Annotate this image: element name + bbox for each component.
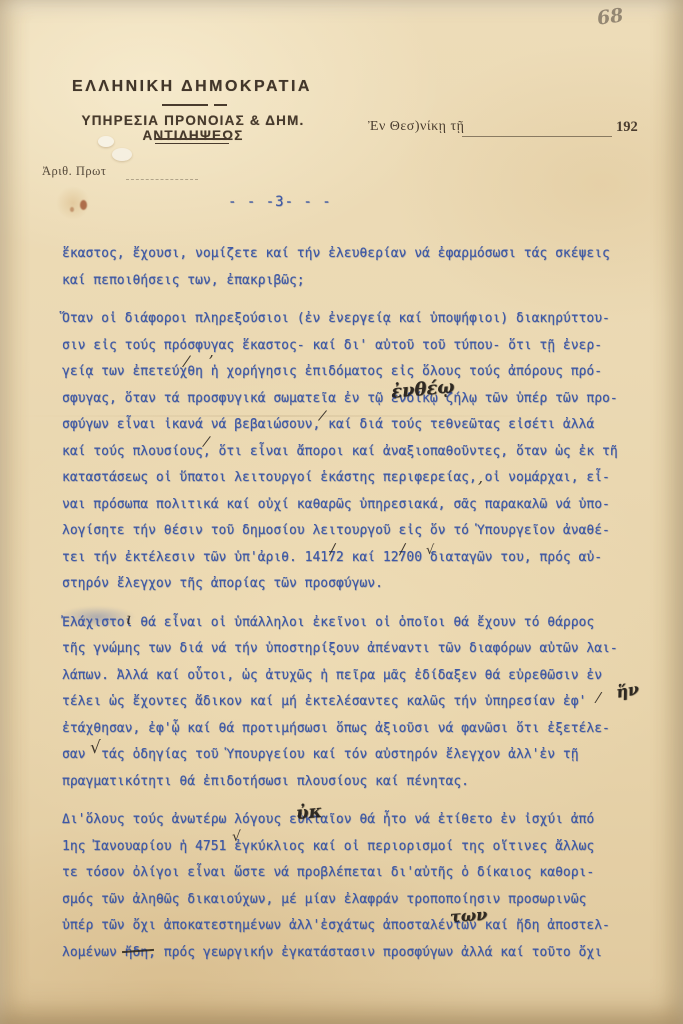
body-line: 1ης Ἰανουαρίου ἡ 4751 ἐγκύκλιος καί οἱ π…: [62, 834, 670, 861]
body-line: ἐτάχθησαν, ἐφ'ᾧ καί θά προτιμήσωσι ὅπως …: [62, 716, 670, 743]
body-line: λάπων. Ἀλλά καί οὗτοι, ὡς ἀτυχῶς ἡ πεῖρα…: [62, 663, 670, 690]
body-line: ὑπέρ τῶν ὄχι ἀποκατεστημένων ἀλλ'ἐσχάτως…: [62, 913, 670, 940]
pencil-page-number: 68: [596, 4, 625, 29]
body-line: γείᾳ των ἐπετεύχθη ἡ χορήγησις ἐπιδόματο…: [62, 359, 670, 386]
document-body: ἕκαστος, ἔχουσι, νομίζετε καί τήν ἐλευθε…: [62, 241, 670, 978]
body-line: σφύγων εἶναι ἱκανά νά βεβαιώσουν, καί δι…: [62, 412, 670, 439]
body-line: καί τούς πλουσίους, ὅτι εἶναι ἄποροι καί…: [62, 439, 670, 466]
typed-page-number: - - -3- - -: [228, 194, 332, 210]
body-line: σμός τῶν ἀληθῶς δικαιούχων, μέ μίαν ἐλαφ…: [62, 887, 670, 914]
body-line: τε τόσον ὀλίγοι εἶναι ὥστε νά προβλέπετα…: [62, 860, 670, 887]
ink-stain: [80, 200, 87, 210]
body-line: σφυγας, ὅταν τά προσφυγικά σωματεῖα ἐν τ…: [62, 386, 670, 413]
paper-damage-spot: [112, 148, 132, 161]
body-line: ναι πρόσωπα πολιτικά καί οὐχί καθαρῶς ὑπ…: [62, 492, 670, 519]
body-line: λογίσητε τήν θέσιν τοῦ δημοσίου λειτουργ…: [62, 518, 670, 545]
letterhead-rule: [155, 138, 229, 144]
body-line: τῆς γνώμης των διά νά τήν ὑποστηρίξουν ἀ…: [62, 636, 670, 663]
letterhead-date-prefix: Ἐν Θεσ)νίκῃ τῇ: [368, 119, 464, 135]
protocol-number-label: Ἀριθ. Πρωτ: [42, 164, 106, 179]
body-line: τει τήν ἐκτέλεσιν τῶν ὑπ'ἀριθ. 14172 καί…: [62, 545, 670, 572]
body-line: σαν τάς ὁδηγίας τοῦ Ὑπουργείου καί τόν α…: [62, 742, 670, 769]
scanned-document-page: ΕΛΛΗΝΙΚΗ ΔΗΜΟΚΡΑΤΙΑ ΥΠΗΡΕΣΙΑ ΠΡΟΝΟΙΑΣ & …: [0, 0, 683, 1024]
body-line: σιν εἰς τούς πρόσφυγας ἕκαστος- καί δι' …: [62, 333, 670, 360]
body-line: Δι'ὅλους τούς ἀνωτέρω λόγους εὐκταῖον θά…: [62, 807, 670, 834]
protocol-blank-line: [126, 179, 198, 180]
body-line: τέλει ὡς ἔχοντες ἄδικον καί μή ἐκτελέσαν…: [62, 689, 670, 716]
paragraph: Ὅταν οἱ διάφοροι πληρεξούσιοι (ἐν ἐνεργε…: [62, 306, 670, 598]
paragraph: Δι'ὅλους τούς ἀνωτέρω λόγους εὐκταῖον θά…: [62, 807, 670, 966]
paragraph: ἕκαστος, ἔχουσι, νομίζετε καί τήν ἐλευθε…: [62, 241, 670, 294]
letterhead-year: 192: [616, 119, 638, 136]
body-line: στηρόν ἔλεγχον τῆς ἀπορίας τῶν προσφύγων…: [62, 571, 670, 598]
date-blank-line: [462, 136, 612, 137]
body-line: Ἐλάχιστοι θά εἶναι οἱ ὑπάλληλοι ἐκεῖνοι …: [62, 610, 670, 637]
paragraph: Ἐλάχιστοι θά εἶναι οἱ ὑπάλληλοι ἐκεῖνοι …: [62, 610, 670, 796]
body-line: λομένων ἤδη, πρός γεωργικήν ἐγκατάστασιν…: [62, 940, 670, 967]
body-line: καί πεποιθήσεις των, ἐπακριβῶς;: [62, 268, 670, 295]
letterhead-republic-title: ΕΛΛΗΝΙΚΗ ΔΗΜΟΚΡΑΤΙΑ: [62, 78, 322, 96]
body-line: ἕκαστος, ἔχουσι, νομίζετε καί τήν ἐλευθε…: [62, 241, 670, 268]
body-line: Ὅταν οἱ διάφοροι πληρεξούσιοι (ἐν ἐνεργε…: [62, 306, 670, 333]
body-line: πραγματικότητι θά ἐπιδοτήσωσι πλουσίους …: [62, 769, 670, 796]
body-line: καταστάσεως οἱ ὕπατοι λειτουργοί ἑκάστης…: [62, 465, 670, 492]
ink-stain: [70, 207, 74, 212]
letterhead-rule: [162, 104, 208, 106]
letterhead-rule: [214, 104, 227, 106]
